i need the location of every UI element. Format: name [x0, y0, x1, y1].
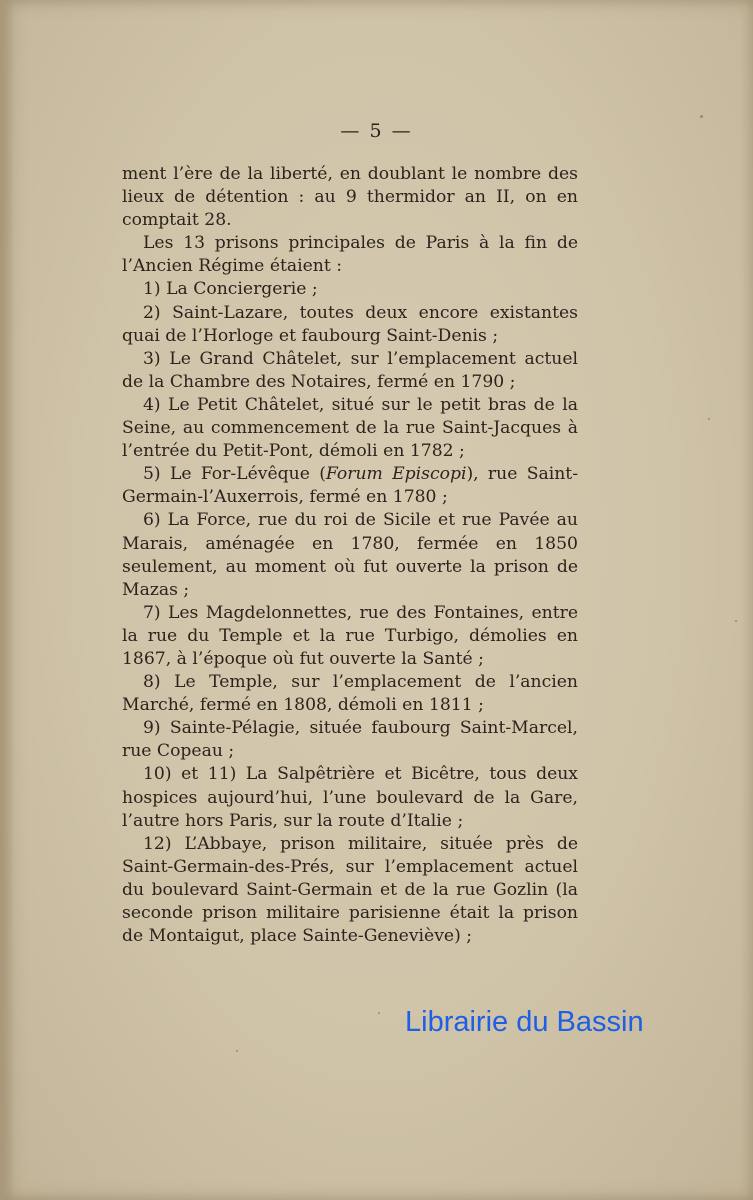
- paper-speck: [378, 1012, 380, 1014]
- body-text: ment l’ère de la liberté, en doublant le…: [122, 163, 578, 948]
- paper-speck: [708, 418, 710, 420]
- scanned-page: — 5 — ment l’ère de la liberté, en doubl…: [0, 0, 753, 1200]
- list-item-5: 5) Le For-Lévêque (Forum Episcopi), rue …: [122, 463, 578, 509]
- watermark-label: Librairie du Bassin: [405, 1006, 644, 1039]
- paper-speck: [700, 115, 703, 118]
- list-item-1: 1) La Conciergerie ;: [122, 278, 578, 301]
- list-item-2: 2) Saint-Lazare, toutes deux encore exis…: [122, 302, 578, 348]
- paragraph-intro: ment l’ère de la liberté, en doublant le…: [122, 163, 578, 232]
- list-item-3: 3) Le Grand Châtelet, sur l’emplacement …: [122, 348, 578, 394]
- paper-speck: [735, 620, 737, 622]
- list-item-12: 12) L’Abbaye, prison militaire, située p…: [122, 833, 578, 948]
- paper-speck: [236, 1050, 238, 1052]
- page-binding-shadow: [0, 0, 14, 1200]
- list-item-8: 8) Le Temple, sur l’emplacement de l’anc…: [122, 671, 578, 717]
- list-item-7: 7) Les Magdelonnettes, rue des Fontaines…: [122, 602, 578, 671]
- list-item-10-11: 10) et 11) La Salpêtrière et Bicêtre, to…: [122, 763, 578, 832]
- list-item-9: 9) Sainte-Pélagie, située faubourg Saint…: [122, 717, 578, 763]
- list-item-6: 6) La Force, rue du roi de Sicile et rue…: [122, 509, 578, 601]
- list-item-5-text-before: 5) Le For-Lévêque (: [143, 464, 326, 484]
- page-number: — 5 —: [0, 120, 753, 142]
- latin-term: Forum Episcopi: [326, 464, 467, 484]
- paragraph-lead: Les 13 prisons principales de Paris à la…: [122, 232, 578, 278]
- list-item-4: 4) Le Petit Châtelet, situé sur le petit…: [122, 394, 578, 463]
